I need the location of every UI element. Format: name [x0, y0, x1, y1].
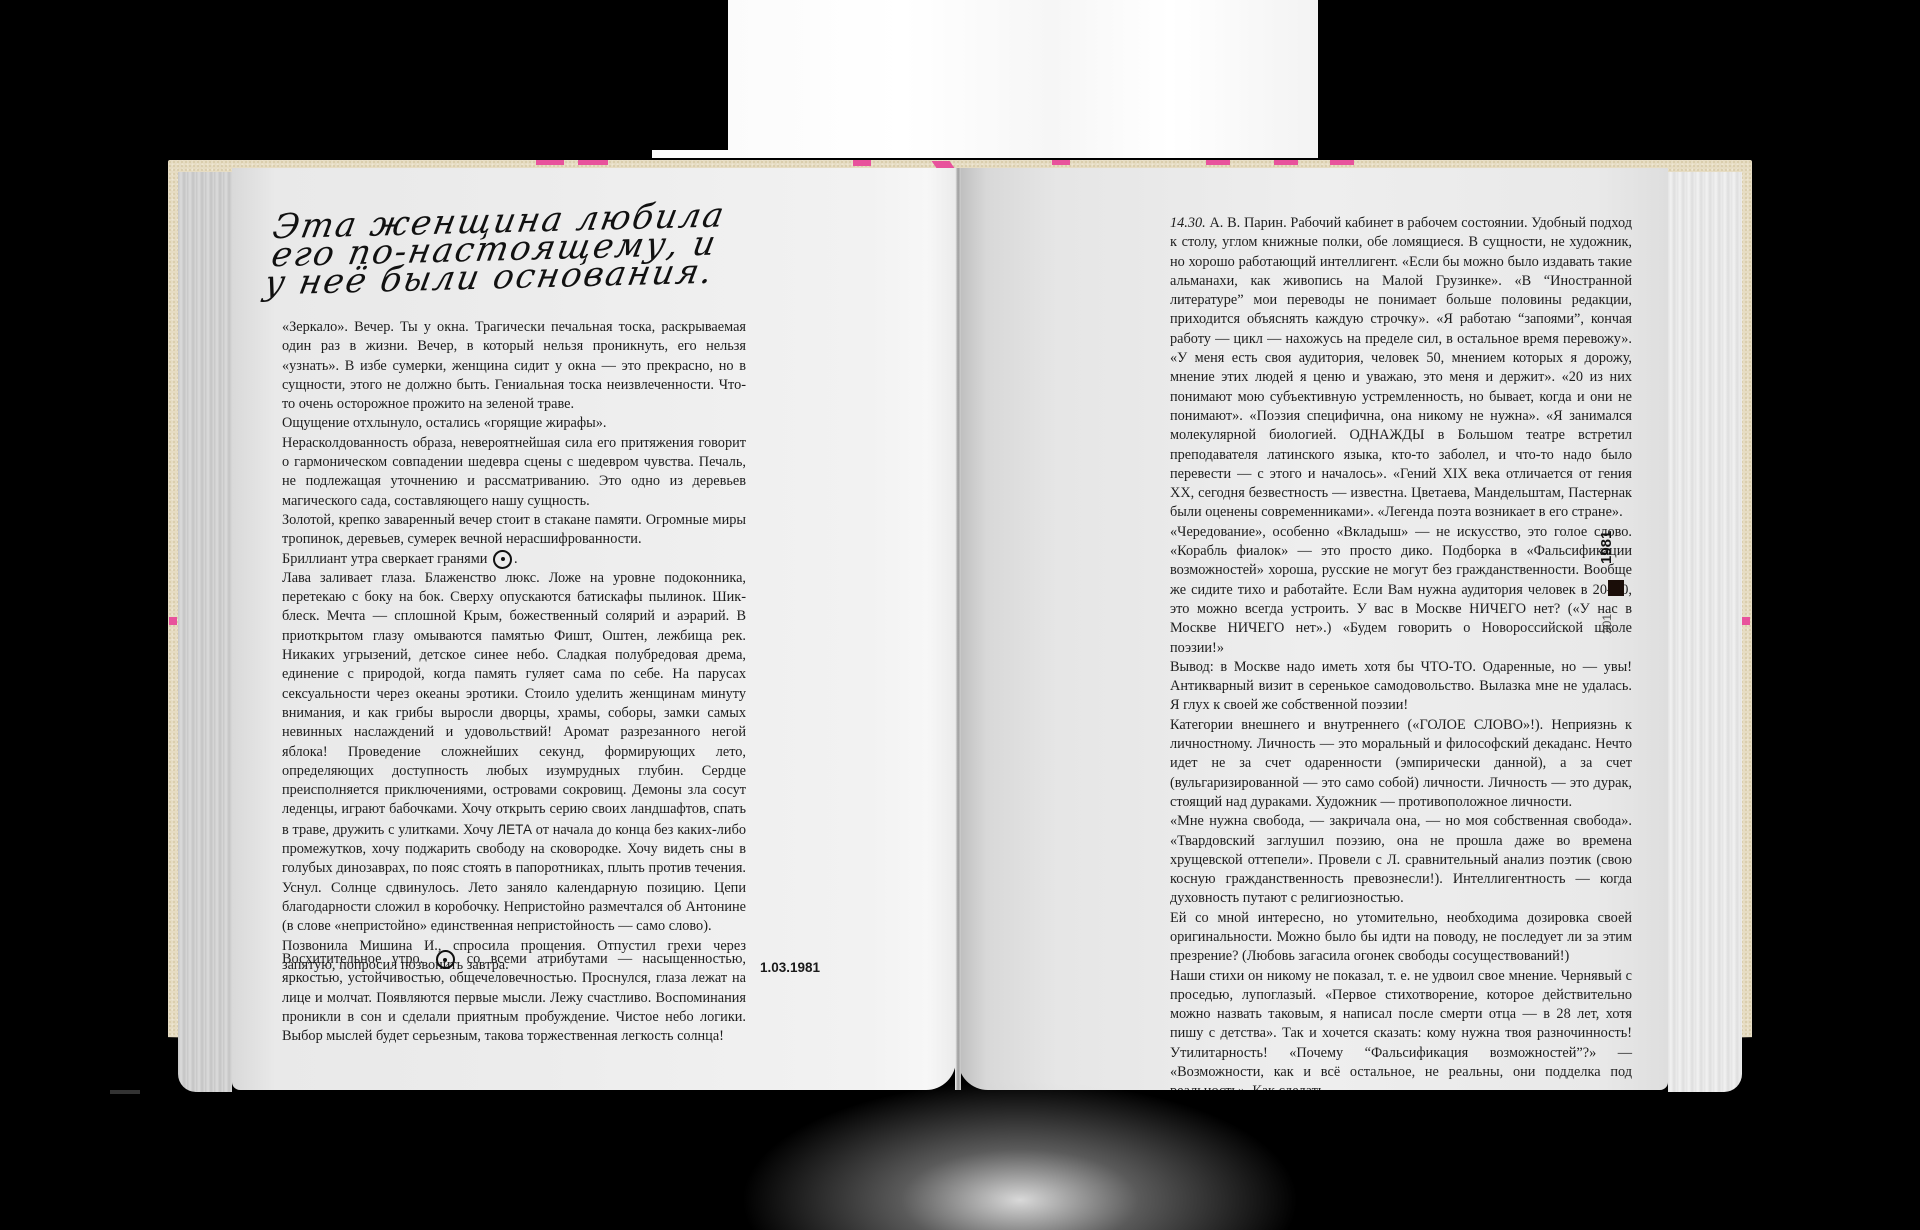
handwritten-heading: Эта женщина любила его по-настоящему, и … — [260, 198, 835, 297]
paragraph: Восхитительное утро. со всеми атрибутами… — [282, 950, 746, 1046]
text-run: от начала до конца без каких-либо промеж… — [282, 822, 746, 934]
page-stack-left — [178, 172, 232, 1092]
book-gutter — [955, 168, 961, 1090]
light-reflection — [740, 1080, 1300, 1230]
pink-cover-mark — [1206, 160, 1230, 165]
paragraph: Наши стихи он никому не показал, т. е. н… — [1170, 967, 1632, 1090]
paragraph: Нерасколдованность образа, невероятнейша… — [282, 434, 746, 511]
page-stack-right — [1668, 172, 1742, 1092]
pink-cover-mark — [1742, 617, 1750, 625]
page-number: 201 — [1600, 614, 1614, 634]
paragraph: «Мне нужна свобода, — закричала она, — н… — [1170, 812, 1632, 908]
entry-1-03-1981: Восхитительное утро. со всеми атрибутами… — [282, 950, 746, 1046]
pink-cover-mark — [536, 160, 564, 165]
pink-cover-mark — [1052, 160, 1070, 165]
sun-symbol-icon — [493, 550, 512, 569]
left-page: Эта женщина любила его по-настоящему, и … — [232, 168, 956, 1090]
running-head-marker — [1608, 580, 1624, 596]
paragraph: «Зеркало». Вечер. Ты у окна. Трагически … — [282, 318, 746, 414]
running-head: 1981 201 — [1598, 508, 1628, 668]
pink-cover-mark — [1274, 160, 1298, 165]
sun-symbol-icon — [436, 950, 455, 969]
running-head-year: 1981 — [1598, 531, 1615, 564]
backdrop-dark — [1318, 0, 1920, 158]
text-run: А. В. Парин. Рабочий кабинет в рабочем с… — [1170, 215, 1632, 520]
pink-cover-mark — [169, 617, 177, 625]
paragraph: 14.30. А. В. Парин. Рабочий кабинет в ра… — [1170, 214, 1632, 523]
backdrop-sheet — [728, 0, 1318, 158]
paragraph: «Чередование», особенно «Вкладыш» — не и… — [1170, 523, 1632, 658]
entry-date: 1.03.1981 — [760, 960, 820, 975]
text-run: Восхитительное утро. — [282, 951, 423, 967]
pink-cover-mark — [1330, 160, 1354, 165]
caps-word: ЛЕТА — [497, 822, 532, 837]
paragraph: Ей со мной интересно, но утомительно, не… — [1170, 909, 1632, 967]
paragraph: Вывод: в Москве надо иметь хотя бы ЧТО-Т… — [1170, 658, 1632, 716]
entry-time: 14.30. — [1170, 215, 1206, 231]
paragraph: Ощущение отхлынуло, остались «горящие жи… — [282, 414, 746, 433]
text-run: Лава заливает глаза. Блаженство люкс. Ло… — [282, 570, 746, 838]
shadow-fragment — [110, 1090, 140, 1094]
right-page: 14.30. А. В. Парин. Рабочий кабинет в ра… — [958, 168, 1668, 1090]
sun-line-text: Бриллиант утра сверкает гранями — [282, 551, 487, 567]
backdrop-strip — [652, 150, 728, 158]
left-body-text: «Зеркало». Вечер. Ты у окна. Трагически … — [282, 318, 746, 975]
pink-cover-mark — [853, 160, 871, 166]
handwriting-line: у неё были основания. — [262, 255, 825, 298]
pink-cover-mark — [578, 160, 608, 165]
right-body-text: 14.30. А. В. Парин. Рабочий кабинет в ра… — [1170, 214, 1632, 1090]
paragraph: Категории внешнего и внутреннего («ГОЛОЕ… — [1170, 716, 1632, 812]
paragraph-sun-line: Бриллиант утра сверкает гранями . — [282, 550, 746, 569]
paragraph: Лава заливает глаза. Блаженство люкс. Ло… — [282, 569, 746, 937]
sun-line-end: . — [514, 551, 518, 567]
paragraph: Золотой, крепко заваренный вечер стоит в… — [282, 511, 746, 550]
